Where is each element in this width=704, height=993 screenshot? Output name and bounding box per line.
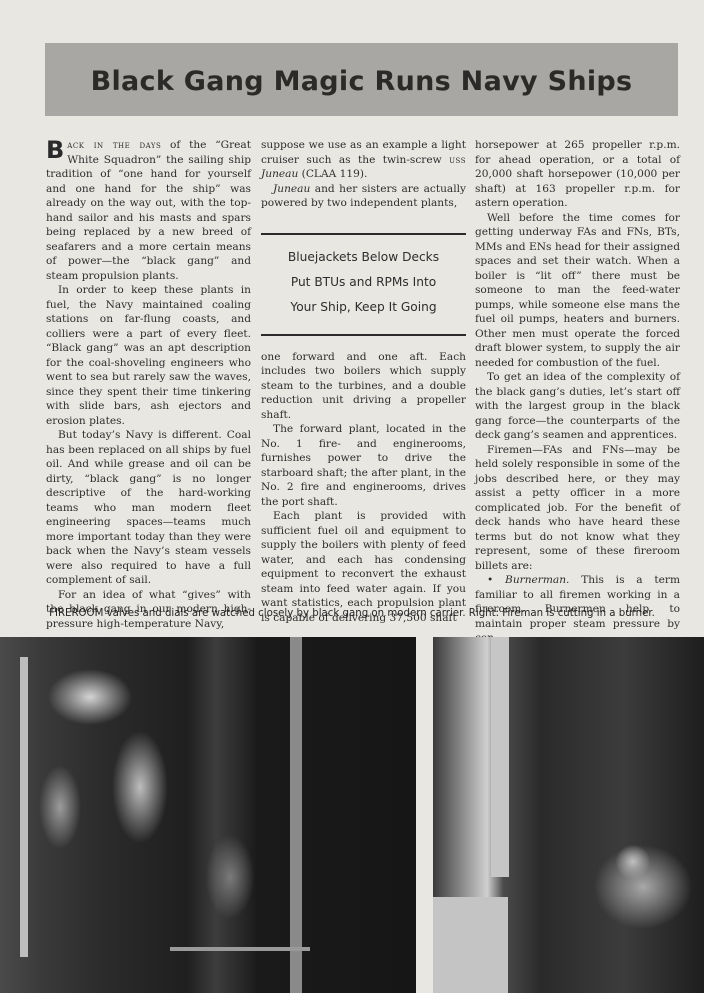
paragraph-text: (CLAA 119). — [298, 168, 367, 180]
pull-quote: Bluejackets Below Decks Put BTUs and RPM… — [261, 233, 466, 336]
pull-quote-line: Bluejackets Below Decks — [261, 245, 466, 270]
paragraph: In order to keep these plants in fuel, t… — [46, 283, 251, 428]
uss-prefix: uss — [449, 154, 466, 166]
pipe-shape — [290, 637, 302, 993]
column-3: horsepower at 265 propeller r.p.m. for a… — [475, 138, 680, 646]
paragraph-text: of the “Great White Squadron” the sailin… — [46, 139, 251, 282]
paragraph: suppose we use as an example a light cru… — [261, 138, 466, 182]
paragraph: one forward and one aft. Each includes t… — [261, 350, 466, 423]
railing-shape — [170, 947, 310, 951]
pipe-shape — [491, 637, 509, 877]
bullet-icon: • — [487, 574, 493, 586]
machinery-shape — [433, 897, 508, 993]
paragraph: But today’s Navy is different. Coal has … — [46, 428, 251, 588]
article-title: Black Gang Magic Runs Navy Ships — [91, 62, 633, 97]
bullet-term: Burnerman. — [505, 574, 569, 586]
column-1: Back in the days of the “Great White Squ… — [46, 138, 251, 631]
photo-fireman-burner — [433, 637, 704, 993]
paragraph: The forward plant, located in the No. 1 … — [261, 422, 466, 509]
lead-in: ack in the days — [67, 139, 161, 151]
drop-cap: B — [46, 140, 64, 160]
paragraph-intro: Back in the days of the “Great White Squ… — [46, 138, 251, 283]
paragraph: Juneau and her sisters are actually powe… — [261, 182, 466, 211]
column-2: suppose we use as an example a light cru… — [261, 138, 466, 625]
paragraph: Firemen—FAs and FNs—may be held solely r… — [475, 443, 680, 574]
title-band: Black Gang Magic Runs Navy Ships — [45, 43, 678, 116]
paragraph: To get an idea of the complexity of the … — [475, 370, 680, 443]
ship-name: Juneau — [261, 168, 298, 180]
photo-fireroom-crew — [0, 637, 416, 993]
pull-quote-line: Put BTUs and RPMs Into — [261, 270, 466, 295]
paragraph-text: suppose we use as an example a light cru… — [261, 139, 466, 166]
paragraph: Well before the time comes for getting u… — [475, 211, 680, 371]
photo-caption: FIREROOM valves and dials are watched cl… — [0, 608, 704, 619]
paragraph: horsepower at 265 propeller r.p.m. for a… — [475, 138, 680, 211]
ship-name: Juneau — [273, 183, 310, 195]
pull-quote-line: Your Ship, Keep It Going — [261, 295, 466, 320]
pipe-shape — [20, 657, 28, 957]
